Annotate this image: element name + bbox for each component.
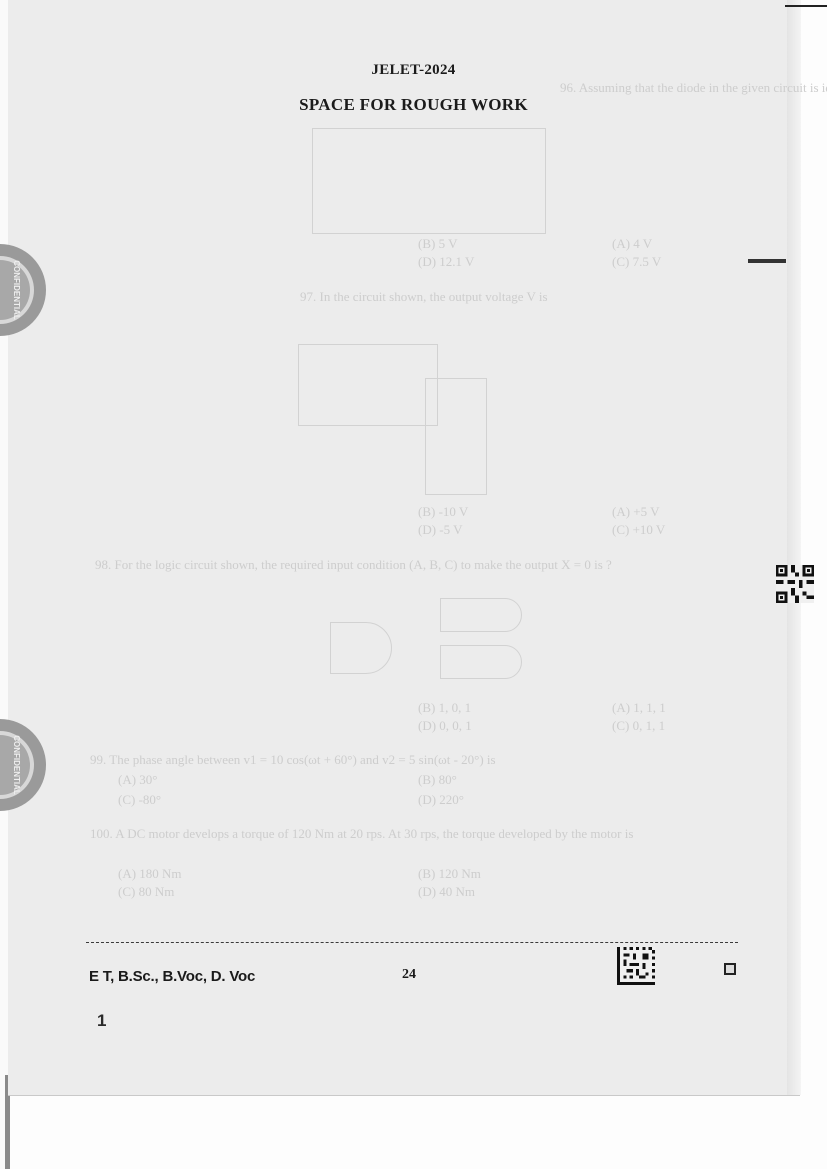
confidential-seal-icon: CONFIDENTIAL xyxy=(0,240,48,340)
confidential-seal-icon: CONFIDENTIAL xyxy=(0,715,48,815)
datamatrix-code-icon xyxy=(617,947,655,985)
ghost-q100-option-c: (C) 80 Nm xyxy=(118,884,174,900)
ghost-q96-option-c: (C) 7.5 V xyxy=(612,254,661,270)
ghost-q97-option-d: (D) -5 V xyxy=(418,522,463,538)
page-fold-shadow xyxy=(787,0,801,1095)
ghost-xor-gate-1 xyxy=(440,598,522,632)
footer-divider xyxy=(86,942,738,943)
ghost-q100-option-b: (B) 120 Nm xyxy=(418,866,481,882)
course-codes: E T, B.Sc., B.Voc, D. Voc xyxy=(89,968,255,985)
ghost-q96-option-d: (D) 12.1 V xyxy=(418,254,474,270)
ghost-q97-option-b: (B) -10 V xyxy=(418,504,468,520)
ghost-and-gate xyxy=(330,622,392,674)
ghost-q100-option-d: (D) 40 Nm xyxy=(418,884,475,900)
ghost-q99-option-c: (C) -80° xyxy=(118,792,161,808)
sheet-mark: 1 xyxy=(97,1011,106,1031)
qr-code-icon xyxy=(776,564,814,604)
ghost-xor-gate-2 xyxy=(440,645,522,679)
ghost-q99-option-a: (A) 30° xyxy=(118,772,158,788)
ghost-q100-option-a: (A) 180 Nm xyxy=(118,866,182,882)
exam-title: JELET-2024 xyxy=(0,62,827,79)
ghost-q98: 98. For the logic circuit shown, the req… xyxy=(95,557,612,573)
page-heading: SPACE FOR ROUGH WORK xyxy=(0,95,827,115)
ghost-q98-option-d: (D) 0, 0, 1 xyxy=(418,718,472,734)
ghost-circuit-1 xyxy=(312,128,546,234)
ghost-q97-option-c: (C) +10 V xyxy=(612,522,665,538)
ghost-q99: 99. The phase angle between v1 = 10 cos(… xyxy=(90,752,496,768)
ghost-q98-option-a: (A) 1, 1, 1 xyxy=(612,700,666,716)
ghost-q98-option-b: (B) 1, 0, 1 xyxy=(418,700,471,716)
seal-text: CONFIDENTIAL xyxy=(12,260,21,320)
seal-text: CONFIDENTIAL xyxy=(12,735,21,795)
ghost-q99-option-d: (D) 220° xyxy=(418,792,464,808)
ghost-q96: 96. Assuming that the diode in the given… xyxy=(560,80,827,96)
scan-left-margin xyxy=(0,0,8,1169)
ghost-q99-option-b: (B) 80° xyxy=(418,772,457,788)
ghost-circuit-2a xyxy=(298,344,438,426)
ghost-q97: 97. In the circuit shown, the output vol… xyxy=(300,289,548,305)
ghost-q97-option-a: (A) +5 V xyxy=(612,504,660,520)
ghost-circuit-2b xyxy=(425,378,487,495)
ghost-q98-option-c: (C) 0, 1, 1 xyxy=(612,718,665,734)
scan-edge-mark xyxy=(785,5,827,7)
registration-mark-icon xyxy=(724,963,736,975)
margin-tick-mark xyxy=(748,259,786,263)
ghost-q96-option-b: (B) 5 V xyxy=(418,236,457,252)
page-number: 24 xyxy=(402,967,416,983)
ghost-q96-option-a: (A) 4 V xyxy=(612,236,652,252)
ghost-q100: 100. A DC motor develops a torque of 120… xyxy=(90,826,633,842)
